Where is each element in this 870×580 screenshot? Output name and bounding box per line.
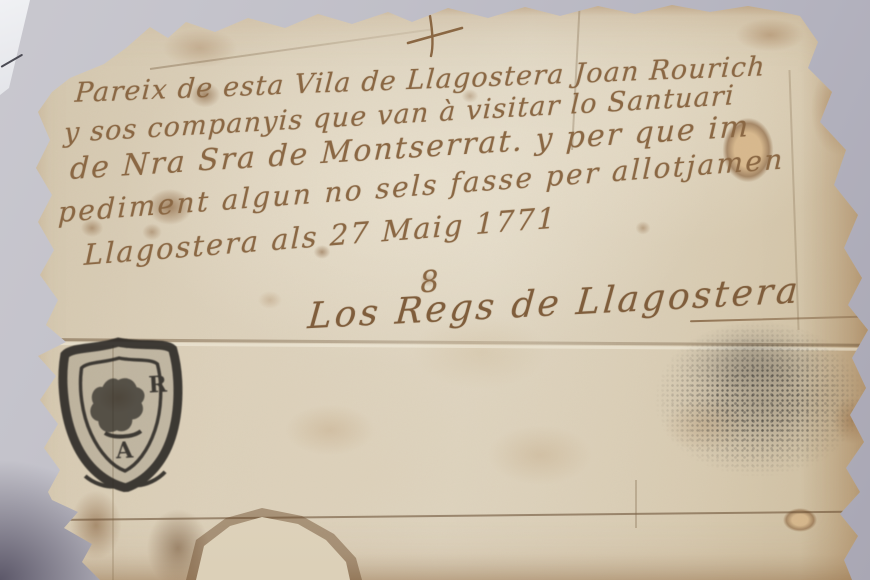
manuscript-paper: Pareix de esta Vila de Llagostera Joan R…: [0, 0, 870, 580]
seal-letter-r: R: [148, 372, 168, 399]
white-sheet-fragment: [0, 0, 40, 100]
photo-of-manuscript: Pareix de esta Vila de Llagostera Joan R…: [0, 0, 870, 580]
seal-letter-a: A: [114, 437, 134, 464]
vertical-crease-4: [635, 480, 637, 528]
cross-mark-icon: [400, 10, 470, 60]
speckled-ink-smudge: [650, 318, 868, 480]
ink-stamp-seal: R A: [48, 332, 196, 495]
